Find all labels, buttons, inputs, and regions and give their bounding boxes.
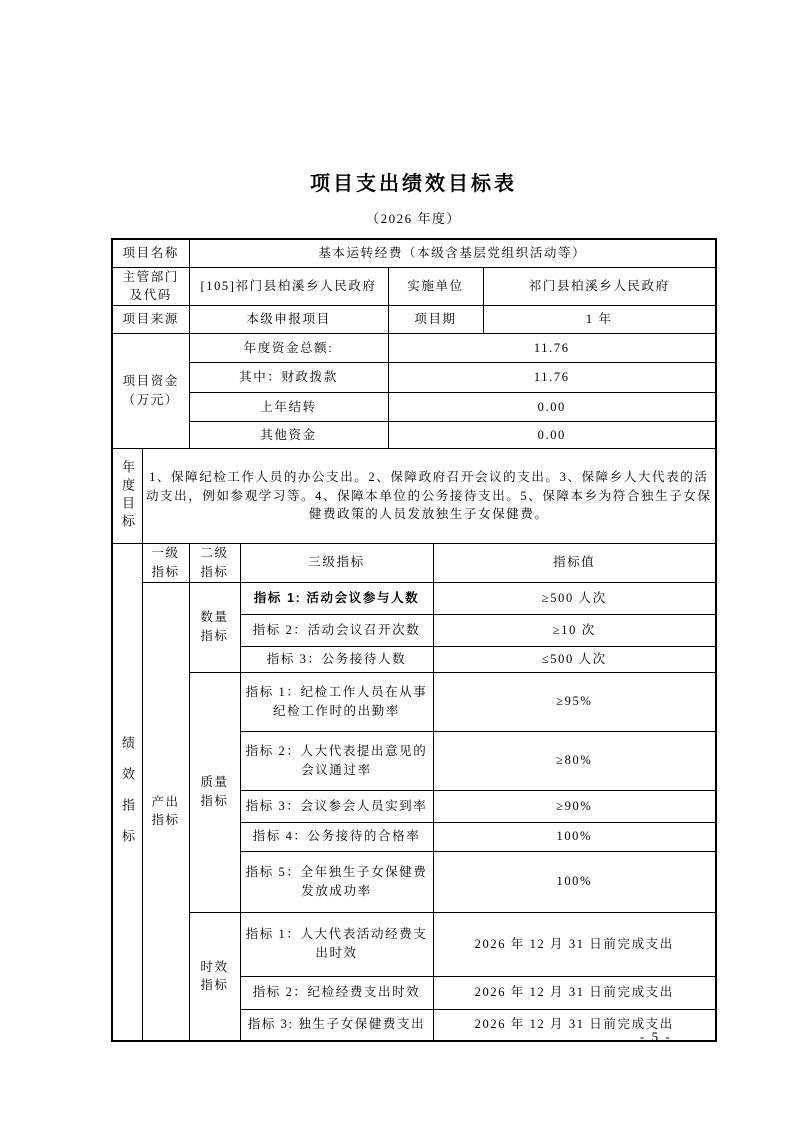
indicator-value: ≤500 人次 (433, 646, 716, 672)
indicator-value: ≥80% (433, 731, 716, 790)
period-value: 1 年 (483, 306, 716, 334)
header-level2: 二级 指标 (189, 544, 240, 583)
project-name-label: 项目名称 (112, 239, 189, 267)
header-value: 指标值 (433, 544, 716, 583)
impl-unit-value: 祁门县柏溪乡人民政府 (483, 267, 716, 306)
annual-goal-label-text: 年度目标 (118, 460, 138, 532)
dept-label: 主管部门 及代码 (112, 267, 189, 306)
page-title: 项目支出绩效目标表 (111, 173, 716, 195)
indicator-value: 100% (433, 851, 716, 912)
table-row: 年度目标 1、保障纪检工作人员的办公支出。2、保障政府召开会议的支出。3、保障乡… (112, 449, 716, 544)
header-level3: 三级指标 (240, 544, 433, 583)
source-value: 本级申报项目 (189, 306, 388, 334)
level2-quantity-label: 数量 指标 (189, 582, 240, 672)
header-level1: 一级 指标 (142, 544, 189, 583)
annual-goal-text: 1、保障纪检工作人员的办公支出。2、保障政府召开会议的支出。3、保障乡人大代表的… (142, 449, 716, 544)
indicator-name: 指标 3：会议参会人员实到率 (240, 790, 433, 822)
indicator-value: ≥10 次 (433, 614, 716, 646)
indicator-name: 指标 2：人大代表提出意见的 会议通过率 (240, 731, 433, 790)
level2-timeliness-label: 时效 指标 (189, 912, 240, 1041)
table-row: 项目名称 基本运转经费（本级含基层党组织活动等） (112, 239, 716, 267)
performance-target-table: 项目名称 基本运转经费（本级含基层党组织活动等） 主管部门 及代码 [105]祁… (111, 238, 717, 1042)
indicator-name: 指标 3：公务接待人数 (240, 646, 433, 672)
table-row: 绩效指标 一级 指标 二级 指标 三级指标 指标值 (112, 544, 716, 583)
table-row: 其中：财政拨款 11.76 (112, 363, 716, 393)
table-row: 产出 指标 数量 指标 指标 1: 活动会议参与人数 ≥500 人次 (112, 582, 716, 614)
funds-label: 项目资金 （万元） (112, 334, 189, 449)
page-number: - 5 - (640, 1029, 672, 1045)
indicator-value: 100% (433, 822, 716, 851)
indicator-value: 2026 年 12 月 31 日前完成支出 (433, 1009, 716, 1041)
period-label: 项目期 (388, 306, 483, 334)
indicator-name: 指标 1: 活动会议参与人数 (240, 582, 433, 614)
page-subtitle: （2026 年度） (111, 208, 716, 227)
annual-goal-label: 年度目标 (112, 449, 142, 544)
table-row: 其他资金 0.00 (112, 422, 716, 449)
indicator-name: 指标 1：人大代表活动经费支 出时效 (240, 912, 433, 976)
table-row: 上年结转 0.00 (112, 393, 716, 422)
indicator-name: 指标 2：纪检经费支出时效 (240, 976, 433, 1009)
indicator-value: ≥95% (433, 672, 716, 731)
fund-item-value: 0.00 (388, 422, 716, 449)
indicator-value: ≥90% (433, 790, 716, 822)
table-row: 主管部门 及代码 [105]祁门县柏溪乡人民政府 实施单位 祁门县柏溪乡人民政府 (112, 267, 716, 306)
fund-item-value: 11.76 (388, 334, 716, 363)
table-row: 项目资金 （万元） 年度资金总额: 11.76 (112, 334, 716, 363)
indicator-name: 指标 1：纪检工作人员在从事 纪检工作时的出勤率 (240, 672, 433, 731)
table-row: 质量 指标 指标 1：纪检工作人员在从事 纪检工作时的出勤率 ≥95% (112, 672, 716, 731)
fund-item-value: 0.00 (388, 393, 716, 422)
table-row: 项目来源 本级申报项目 项目期 1 年 (112, 306, 716, 334)
fund-item-name: 上年结转 (189, 393, 388, 422)
document-content: 项目支出绩效目标表 （2026 年度） 项目名称 基本运转经费（本级含基层党组织… (111, 0, 716, 1042)
impl-unit-label: 实施单位 (388, 267, 483, 306)
fund-item-name: 其他资金 (189, 422, 388, 449)
source-label: 项目来源 (112, 306, 189, 334)
indicator-value: ≥500 人次 (433, 582, 716, 614)
level1-output-label: 产出 指标 (142, 582, 189, 1041)
project-name-value: 基本运转经费（本级含基层党组织活动等） (189, 239, 716, 267)
perf-indicator-label: 绩效指标 (112, 544, 142, 1042)
indicator-value: 2026 年 12 月 31 日前完成支出 (433, 976, 716, 1009)
indicator-name: 指标 5：全年独生子女保健费 发放成功率 (240, 851, 433, 912)
indicator-name: 指标 2：活动会议召开次数 (240, 614, 433, 646)
table-row: 时效 指标 指标 1：人大代表活动经费支 出时效 2026 年 12 月 31 … (112, 912, 716, 976)
level2-quality-label: 质量 指标 (189, 672, 240, 912)
dept-value: [105]祁门县柏溪乡人民政府 (189, 267, 388, 306)
fund-item-name: 其中：财政拨款 (189, 363, 388, 393)
indicator-name: 指标 4：公务接待的合格率 (240, 822, 433, 851)
fund-item-value: 11.76 (388, 363, 716, 393)
perf-indicator-label-text: 绩效指标 (118, 736, 138, 860)
fund-item-name: 年度资金总额: (189, 334, 388, 363)
indicator-value: 2026 年 12 月 31 日前完成支出 (433, 912, 716, 976)
document-page: 项目支出绩效目标表 （2026 年度） 项目名称 基本运转经费（本级含基层党组织… (0, 0, 793, 1122)
indicator-name: 指标 3: 独生子女保健费支出 (240, 1009, 433, 1041)
